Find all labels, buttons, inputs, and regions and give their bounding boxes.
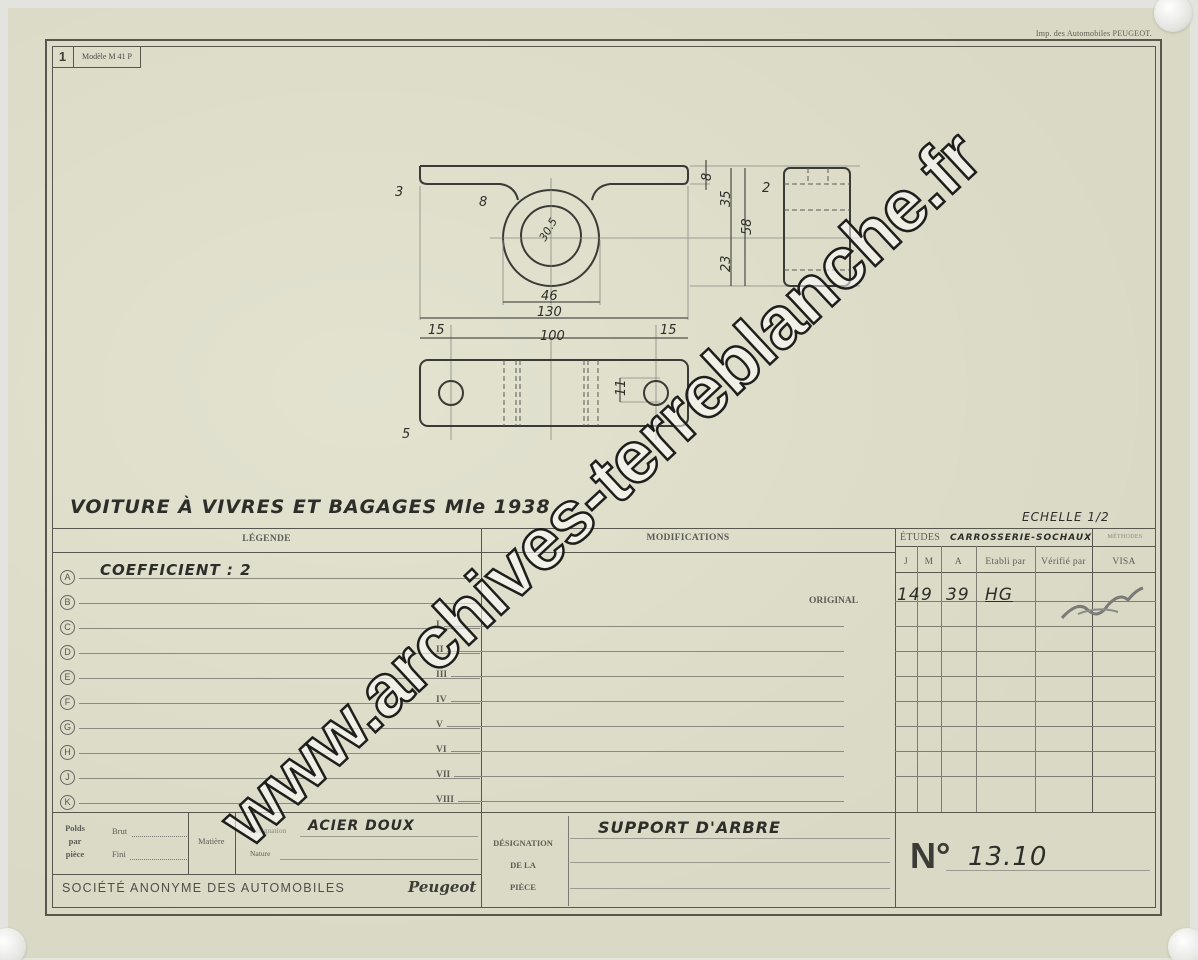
dim-8: 8 xyxy=(700,173,715,181)
dim-15-left: 15 xyxy=(428,323,445,338)
dim-100: 100 xyxy=(540,329,565,344)
brut-field xyxy=(132,836,187,837)
modification-row: VII xyxy=(436,756,844,780)
legend-letter: E xyxy=(60,670,75,685)
designation-value: ACIER DOUX xyxy=(308,818,415,834)
col-a: A xyxy=(941,557,976,567)
visa-signature xyxy=(1058,580,1148,625)
scale-value: 1/2 xyxy=(1087,510,1109,524)
dim-46: 46 xyxy=(541,289,558,304)
scale-label: ECHELLE xyxy=(1022,510,1083,524)
legend-row-e: E xyxy=(60,661,480,685)
modification-row: IV xyxy=(436,681,844,705)
etudes-header: ÉTUDES xyxy=(900,532,940,543)
model-label: Modèle M 41 P xyxy=(74,46,140,67)
printer-credit: Imp. des Automobiles PEUGEOT. xyxy=(1036,29,1152,38)
nature-label: Nature xyxy=(250,849,270,858)
dim-radius-2: 2 xyxy=(762,181,770,196)
matiere-label: Matière xyxy=(198,836,224,846)
legend-letter: F xyxy=(60,695,75,710)
etabli-par-initials: HG xyxy=(985,585,1013,605)
dim-58: 58 xyxy=(740,218,755,235)
dim-radius-3: 3 xyxy=(395,185,403,200)
dim-bore: 30.5 xyxy=(537,216,561,244)
dim-130: 130 xyxy=(537,305,562,320)
legend-row-j: J xyxy=(60,761,480,785)
modification-row: VIII xyxy=(436,781,844,805)
modification-row: II xyxy=(436,631,844,655)
col-etabli-par: Etabli par xyxy=(976,557,1035,567)
pushpin-bottom-right xyxy=(1168,928,1198,960)
number-label: N° xyxy=(910,835,950,877)
dim-23: 23 xyxy=(719,255,734,272)
sheet-number: 1 xyxy=(52,46,74,67)
model-box: 1 Modèle M 41 P xyxy=(52,46,141,68)
date-year: 39 xyxy=(946,585,970,605)
col-visa: VISA xyxy=(1092,557,1156,567)
peugeot-logo: Peugeot xyxy=(408,878,476,896)
dim-radius-5: 5 xyxy=(402,427,410,442)
legend-letter: B xyxy=(60,595,75,610)
col-verifie-par: Vérifié par xyxy=(1035,557,1092,567)
legend-row-k: K xyxy=(60,786,480,810)
date-day: 14 xyxy=(897,585,921,605)
etudes-department: CARROSSERIE-SOCHAUX xyxy=(950,533,1092,543)
fini-field xyxy=(130,859,187,860)
legend-row-c: C xyxy=(60,611,480,635)
col-m: M xyxy=(917,557,941,567)
col-j: J xyxy=(895,557,917,567)
drawing-number: 13.10 xyxy=(968,842,1047,872)
original-label: ORIGINAL xyxy=(809,596,858,606)
dim-11: 11 xyxy=(614,379,629,396)
modification-row: I xyxy=(436,606,844,630)
company-name: SOCIÉTÉ ANONYME DES AUTOMOBILES xyxy=(62,881,345,895)
scale: ECHELLE 1/2 xyxy=(1022,510,1110,524)
legend-row-b: B xyxy=(60,586,480,610)
dim-15-right: 15 xyxy=(660,323,677,338)
legend-letter: G xyxy=(60,720,75,735)
date-month: 9 xyxy=(921,585,933,605)
designation-label: Désignation xyxy=(250,826,286,835)
dim-35: 35 xyxy=(719,190,734,207)
piece-designation-label: DÉSIGNATION DE LA PIÈCE xyxy=(488,832,558,898)
legend-letter: C xyxy=(60,620,75,635)
legend-letter: J xyxy=(60,770,75,785)
dim-radius-8: 8 xyxy=(479,195,487,210)
legend-letter: H xyxy=(60,745,75,760)
vehicle-title: VOITURE À VIVRES ET BAGAGES Mle 1938 xyxy=(70,496,551,518)
methodes-header: MÉTHODES xyxy=(1096,534,1154,540)
legend-letter: K xyxy=(60,795,75,810)
legend-row-d: D xyxy=(60,636,480,660)
modification-row: VI xyxy=(436,731,844,755)
fini-label: Fini xyxy=(112,849,126,859)
modification-row: V xyxy=(436,706,844,730)
modification-row: III xyxy=(436,656,844,680)
legend-row-a: A COEFFICIENT : 2 xyxy=(60,561,480,585)
technical-drawing: 3 8 30.5 46 130 15 100 15 5 11 8 35 58 2… xyxy=(380,150,880,450)
legend-row-f: F xyxy=(60,686,480,710)
modifications-header: MODIFICATIONS xyxy=(481,533,895,543)
legend-letter: D xyxy=(60,645,75,660)
legend-letter: A xyxy=(60,570,75,585)
legend-coefficient: COEFFICIENT : 2 xyxy=(100,561,252,579)
piece-name: SUPPORT D'ARBRE xyxy=(598,818,781,837)
brut-label: Brut xyxy=(112,826,127,836)
poids-label: Polds par pièce xyxy=(58,822,92,861)
legend-row-g: G xyxy=(60,711,480,735)
legend-header: LÉGENDE xyxy=(52,534,481,544)
legend-row-h: H xyxy=(60,736,480,760)
